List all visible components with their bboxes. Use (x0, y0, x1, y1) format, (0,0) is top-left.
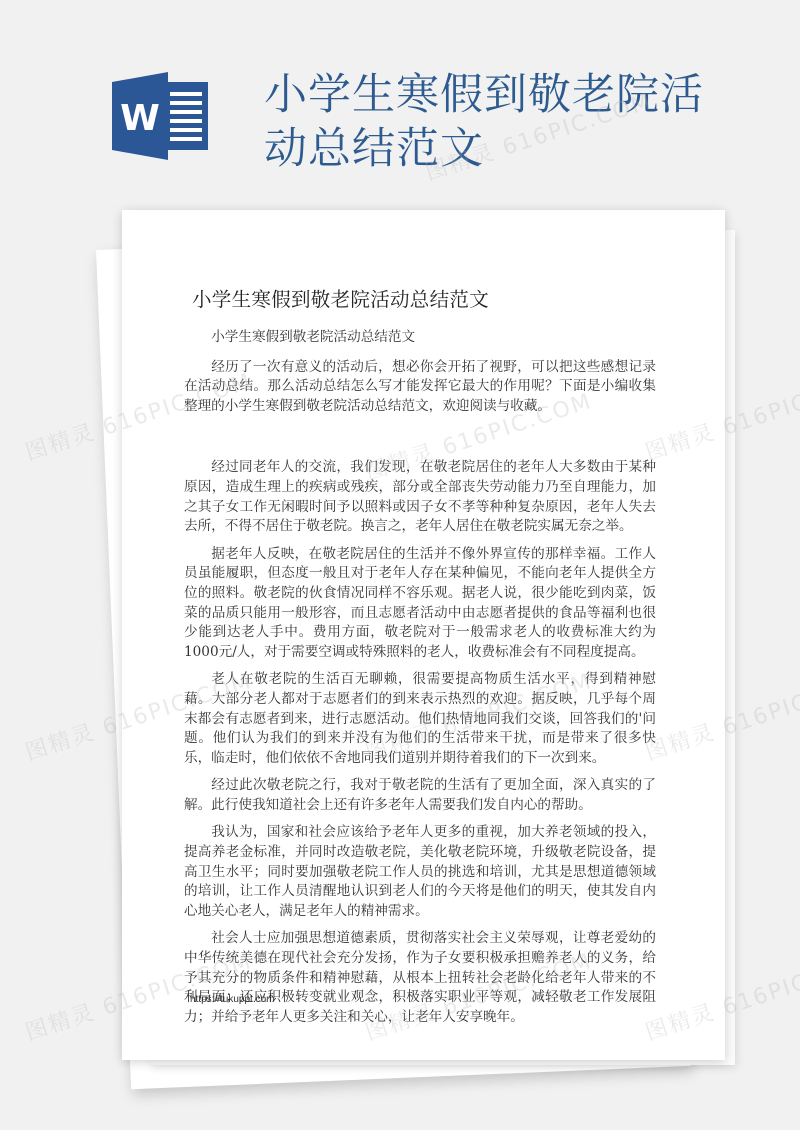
document-body: 小学生寒假到敬老院活动总结范文 经历了一次有意义的活动后，想必你会开拓了视野，可… (184, 328, 656, 1035)
svg-text:W: W (120, 98, 160, 139)
footer-url: https://tukuppt.com (190, 994, 275, 1005)
page-title: 小学生寒假到敬老院活动总结范文 (264, 68, 704, 176)
document-page: 小学生寒假到敬老院活动总结范文 小学生寒假到敬老院活动总结范文 经历了一次有意义… (122, 210, 725, 1060)
document-title: 小学生寒假到敬老院活动总结范文 (192, 284, 489, 312)
paragraph: 经过此次敬老院之行，我对于敬老院的生活有了更加全面，深入真实的了解。此行使我知道… (184, 776, 656, 815)
paragraph-intro: 经历了一次有意义的活动后，想必你会开拓了视野，可以把这些感想记录在活动总结。那么… (184, 358, 656, 417)
paragraph: 社会人士应加强思想道德素质，贯彻落实社会主义荣辱观，让尊老爱幼的中华传统美德在现… (184, 929, 656, 1027)
paragraph: 我认为，国家和社会应该给予老年人更多的重视，加大养老领域的投入，提高养老金标准，… (184, 823, 656, 921)
header: W 小学生寒假到敬老院活动总结范文 (0, 0, 800, 200)
document-subtitle: 小学生寒假到敬老院活动总结范文 (184, 328, 656, 348)
paragraph: 老人在敬老院的生活百无聊赖，很需要提高物质生活水平，得到精神慰藉。大部分老人都对… (184, 670, 656, 768)
paragraph: 经过同老年人的交流，我们发现，在敬老院居住的老年人大多数由于某种原因，造成生理上… (184, 458, 656, 536)
word-document-icon: W (110, 70, 210, 162)
paragraph: 据老年人反映，在敬老院居住的生活并不像外界宣传的那样幸福。工作人员虽能履职，但态… (184, 545, 656, 663)
